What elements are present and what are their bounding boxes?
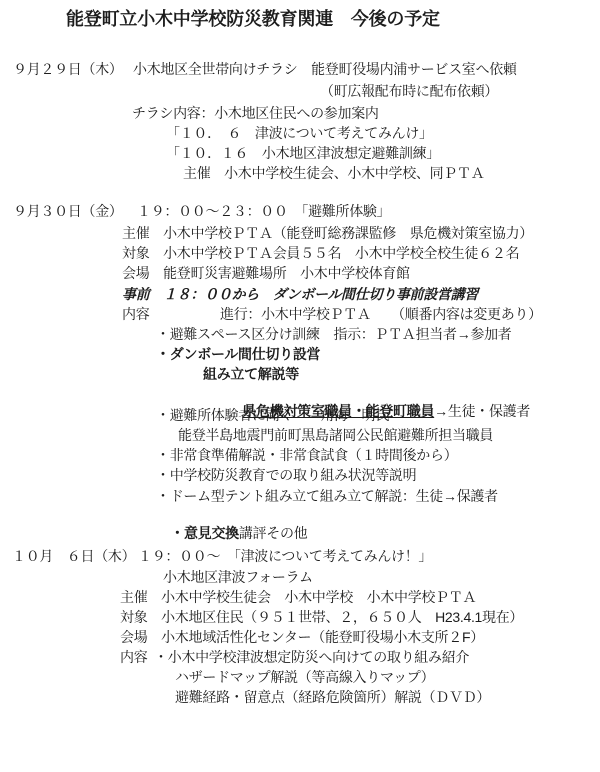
s2-date: ９月３０日（金）: [13, 203, 123, 220]
s2-item-exchange-rest: 講評その他: [239, 525, 308, 541]
s3-contents-text: ・小木中学校津波想定防災へ向けての取り組み紹介: [154, 649, 469, 666]
s1-event2: 「１０．１６ 小木地区津波想定避難訓練」: [166, 145, 440, 162]
s3-date: １０月 ６日（木）: [12, 548, 135, 565]
document-page: 能登町立小木中学校防災教育関連 今後の予定 ９月２９日（木） 小木地区全世帯向け…: [0, 0, 600, 772]
s2-item-tent: ・ドーム型テント組み立て組み立て解説：生徒→保護者: [156, 488, 498, 505]
s2-organizer: 主催 小木中学校ＰＴＡ（能登町総務課監修 県危機対策室協力）: [122, 225, 533, 242]
s1-headline: 小木地区全世帯向けチラシ 能登町役場内浦サービス室へ依頼: [133, 61, 517, 78]
s3-item-route: 避難経路・留意点（経路危険箇所）解説（ＤＶＤ）: [175, 689, 490, 706]
s2-staff-rest: →生徒・保護者: [434, 403, 530, 419]
s3-time: １９：００～ 「津波について考えてみんけ！」: [138, 548, 432, 565]
s2-item-exchange-bold: ・意見交換: [170, 525, 239, 541]
s3-organizer: 主催 小木中学校生徒会 小木中学校 小木中学校ＰＴＡ: [120, 589, 476, 606]
s2-time: １９：００～２３：００ 「避難所体験」: [137, 203, 390, 220]
s2-contents-lead: 進行：小木中学校ＰＴＡ （順番内容は変更あり）: [220, 306, 542, 323]
s3-venue: 会場 小木地域活性化センター（能登町役場小木支所２F）: [120, 629, 484, 646]
s2-item-cardboard: ・ダンボール間仕切り設営: [156, 346, 320, 363]
s2-item-food: ・非常食準備解説・非常食試食（１時間後から）: [156, 447, 457, 464]
s1-date: ９月２９日（木）: [13, 61, 123, 78]
s3-subtitle: 小木地区津波フォーラム: [163, 569, 313, 586]
page-title: 能登町立小木中学校防災教育関連 今後の予定: [66, 11, 440, 28]
s2-item-education: ・中学校防災教育での取り組み状況等説明: [156, 467, 416, 484]
s2-target: 対象 小木中学校ＰＴＡ会員５５名 小木中学校全校生徒６２名: [122, 245, 519, 262]
s2-contents-label: 内容: [122, 306, 149, 323]
s2-advance-notice: 事前 １８：００から ダンボール間仕切り事前設営講習: [122, 286, 478, 303]
s2-item-assembly: 組み立て解説等: [203, 366, 299, 383]
s2-item-interview: ・避難所体験者に聞く 角海 明氏: [156, 407, 389, 424]
s1-organizer: 主催 小木中学校生徒会、小木中学校、同ＰＴＡ: [183, 165, 484, 182]
s1-flyer-intro: チラシ内容：小木地区住民への参加案内: [132, 105, 379, 122]
s3-item-hazard: ハザードマップ解説（等高線入りマップ）: [175, 669, 434, 686]
s3-contents-label: 内容: [120, 649, 147, 666]
s1-event1: 「１０． ６ 津波について考えてみんけ」: [166, 125, 433, 142]
s3-target: 対象 小木地区住民（９５１世帯、２，６５０人 H23.4.1現在）: [120, 609, 523, 626]
s2-item-space: ・避難スペース区分け訓練 指示：ＰＴＡ担当者→参加者: [156, 326, 512, 343]
s1-note: （町広報配布時に配布依頼）: [320, 83, 498, 100]
s2-interview-title: 能登半島地震門前町黒島諸岡公民館避難所担当職員: [178, 427, 493, 444]
s2-venue: 会場 能登町災害避難場所 小木中学校体育館: [122, 265, 410, 282]
